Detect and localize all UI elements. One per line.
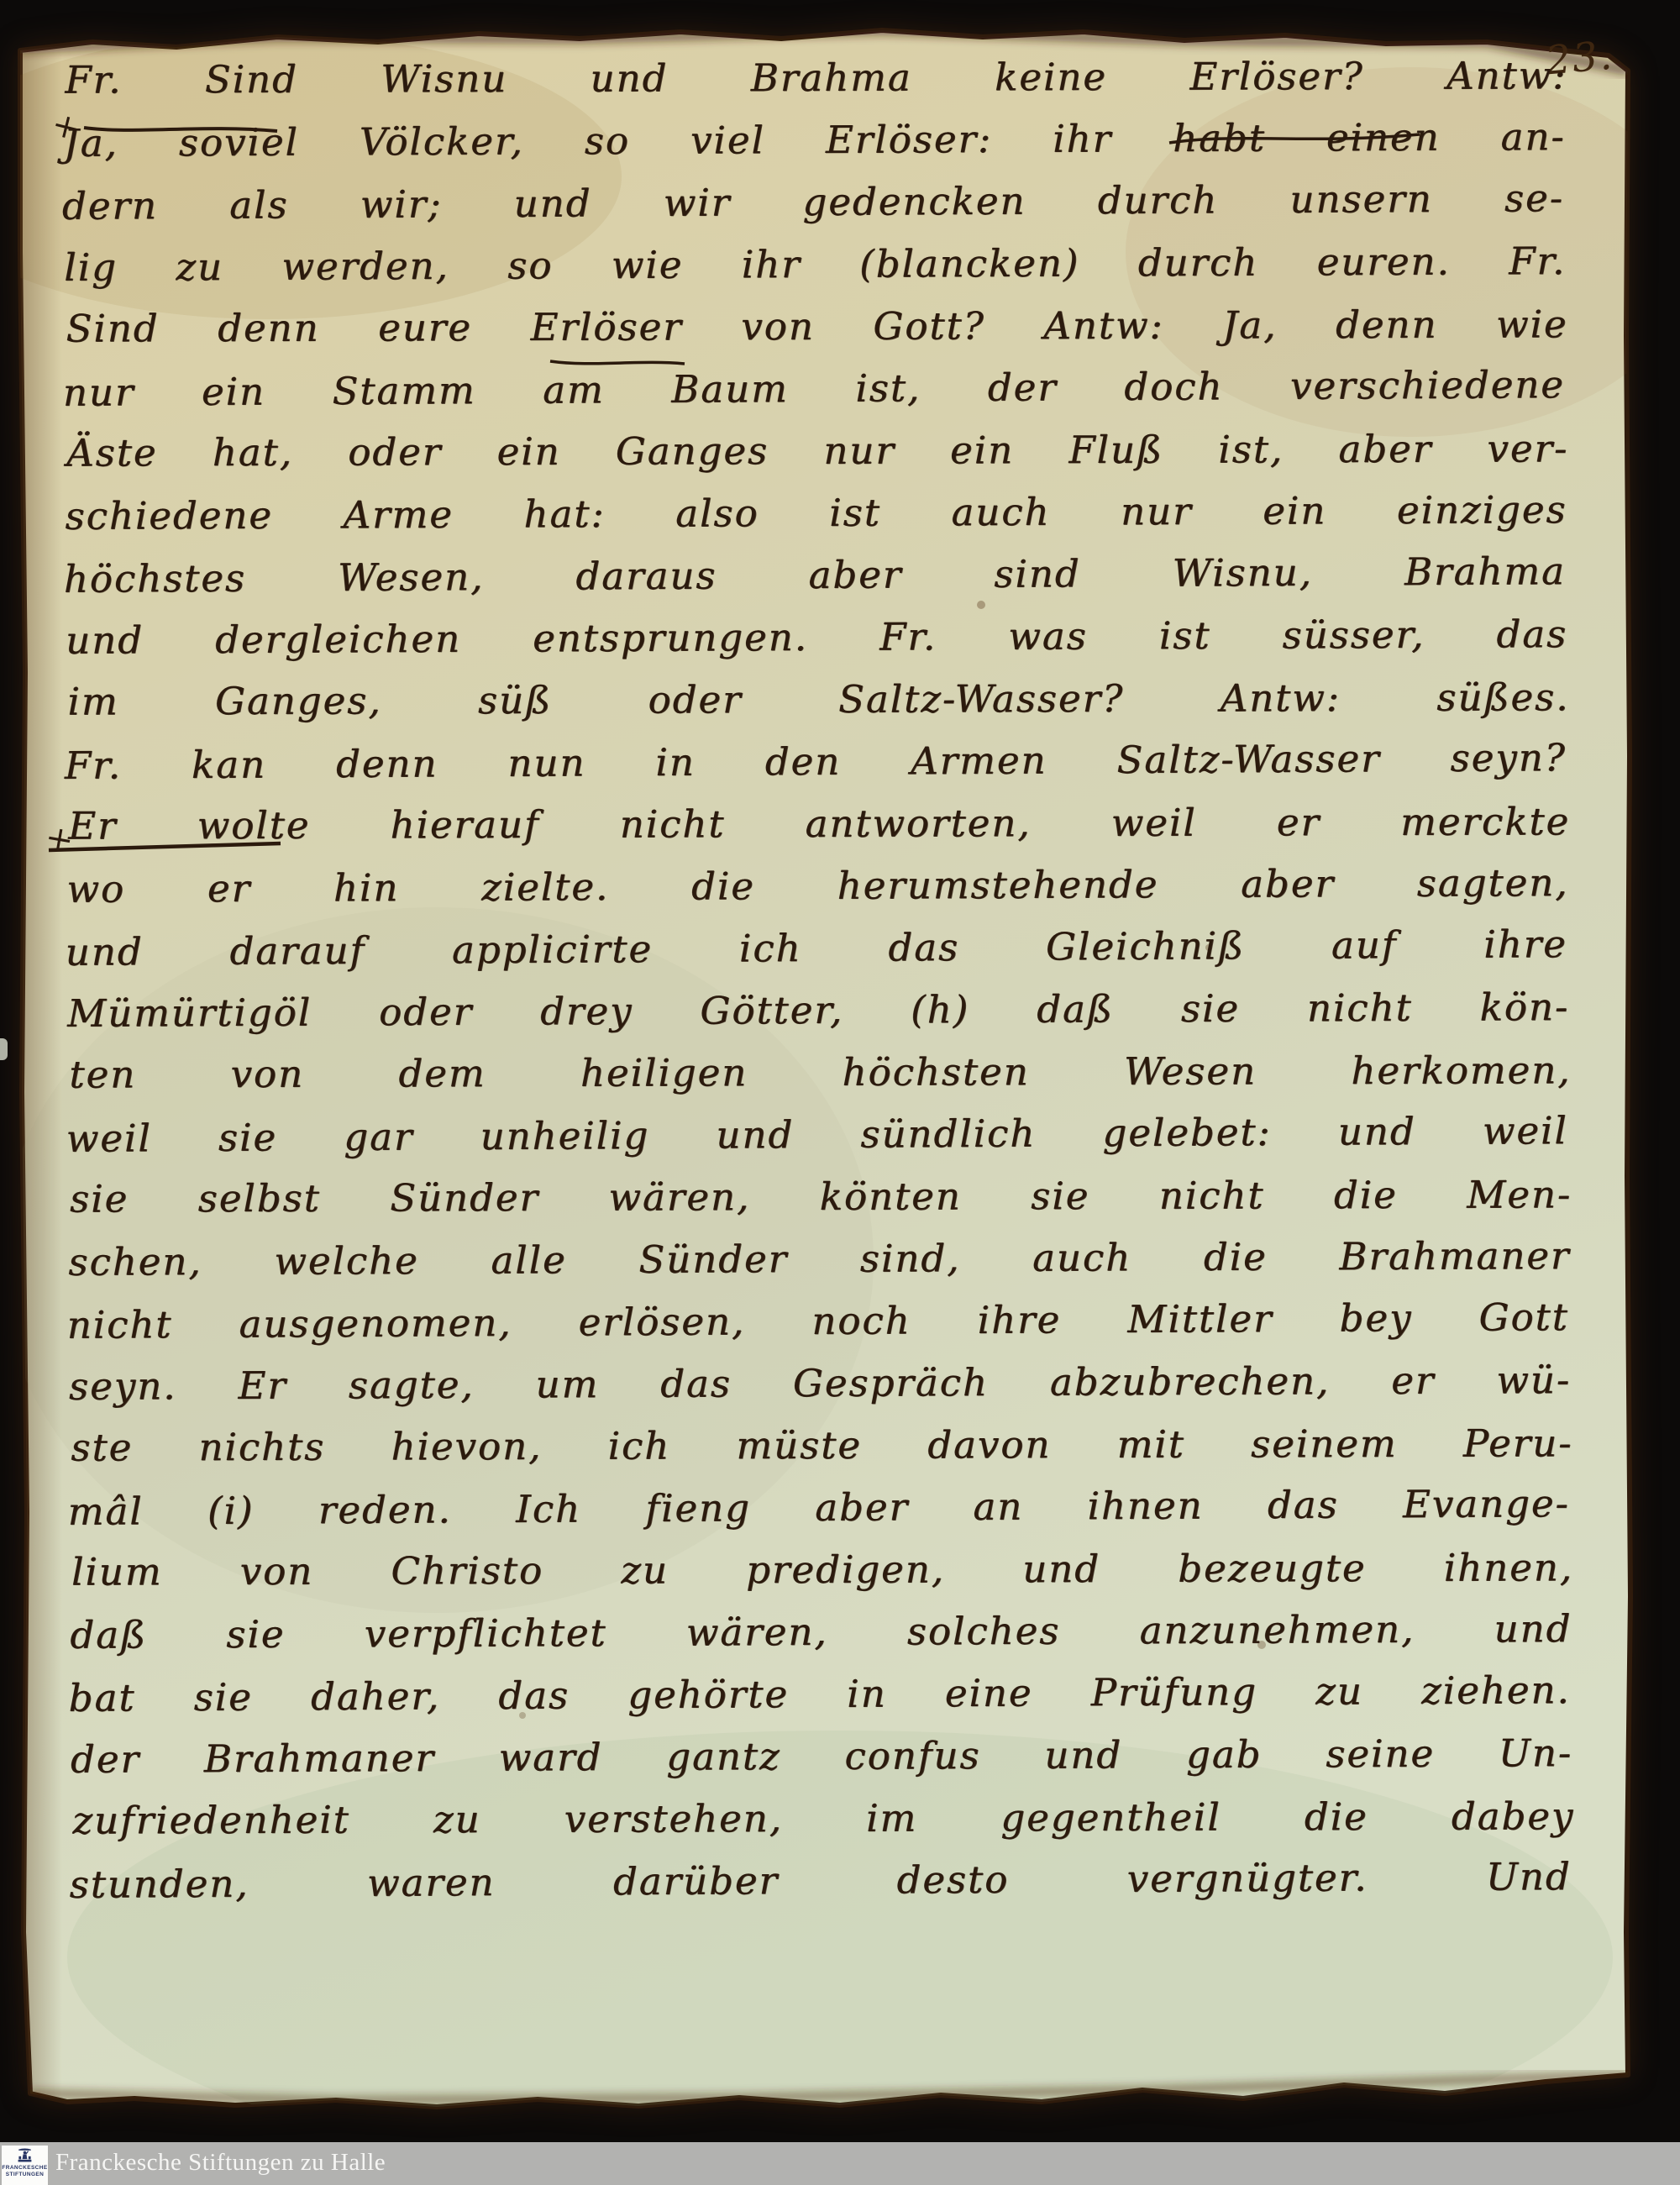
manuscript-line: und dergleichen entsprungen. Fr. was ist… — [66, 603, 1567, 672]
manuscript-line: schiedene Arme hat: also ist auch nur ei… — [65, 479, 1567, 548]
adjacent-page-sliver — [0, 1038, 8, 1060]
manuscript-line: Sind denn eure Erlöser von Gott? Antw: J… — [66, 293, 1568, 360]
manuscript-line: nicht ausgenomen, erlösen, noch ihre Mit… — [67, 1286, 1569, 1357]
francke-monument-icon — [16, 2147, 34, 2165]
manuscript-line: sie selbst Sünder wären, könten sie nich… — [70, 1163, 1572, 1230]
footer-bar: FRANCKESCHE STIFTUNGEN Franckesche Stift… — [0, 2142, 1680, 2185]
manuscript-line: und darauf applicirte ich das Gleichniß … — [66, 913, 1567, 984]
manuscript-line: Ja, soviel Völcker, so viel Erlöser: ihr… — [63, 106, 1565, 175]
manuscript-line: im Ganges, süß oder Saltz-Wasser? Antw: … — [67, 666, 1569, 733]
manuscript-line: lig zu werden, so wie ihr (blancken) dur… — [64, 230, 1566, 299]
manuscript-line: wo er hin zielte. die herumstehende aber… — [66, 852, 1568, 921]
manuscript-line: bat sie daher, das gehörte in eine Prüfu… — [69, 1659, 1571, 1730]
manuscript-line: mâl (i) reden. Ich fieng aber an ihnen d… — [68, 1473, 1570, 1543]
manuscript-line: ten von dem heiligen höchsten Wesen herk… — [69, 1039, 1571, 1106]
logo-text: STIFTUNGEN — [6, 2172, 45, 2178]
manuscript-line: schen, welche alle Sünder sind, auch die… — [68, 1225, 1570, 1294]
manuscript-line: stunden, waren darüber desto vergnügter.… — [69, 1846, 1571, 1916]
manuscript-line: Mümürtigöl oder drey Götter, (h) daß sie… — [67, 976, 1569, 1045]
manuscript-line: Fr. Sind Wisnu und Brahma keine Erlöser?… — [65, 45, 1567, 111]
manuscript-line: weil sie gar unheilig und sündlich geleb… — [66, 1100, 1568, 1170]
logo-text: FRANCKESCHE — [2, 2165, 47, 2172]
manuscript-text-block: Fr. Sind Wisnu und Brahma keine Erlöser?… — [63, 44, 1573, 1915]
manuscript-line: höchstes Wesen, daraus aber sind Wisnu, … — [64, 540, 1566, 611]
manuscript-line: Er wolte hierauf nicht antworten, weil e… — [68, 790, 1570, 857]
franckesche-stiftungen-logo: FRANCKESCHE STIFTUNGEN — [2, 2146, 48, 2185]
manuscript-line: der Brahmaner ward gantz confus und gab … — [71, 1722, 1572, 1791]
footer-title: Franckesche Stiftungen zu Halle — [55, 2149, 386, 2177]
manuscript-line: ste nichts hievon, ich müste davon mit s… — [71, 1412, 1572, 1479]
manuscript-line: dern als wir; und wir gedencken durch un… — [62, 167, 1564, 238]
manuscript-line: seyn. Er sagte, um das Gespräch abzubrec… — [69, 1349, 1571, 1418]
manuscript-line: lium von Christo zu predigen, und bezeug… — [71, 1536, 1573, 1603]
manuscript-line: nur ein Stamm am Baum ist, der doch vers… — [63, 354, 1565, 424]
manuscript-line: Fr. kan denn nun in den Armen Saltz-Wass… — [65, 727, 1567, 797]
manuscript-line: daß sie verpflichtet wären, solches anzu… — [70, 1598, 1572, 1667]
manuscript-line: Äste hat, oder ein Ganges nur ein Fluß i… — [66, 418, 1568, 484]
scan-background: 23. Fr. Sind Wisnu und Brahma keine Erlö… — [0, 0, 1680, 2185]
manuscript-line: zufriedenheit zu verstehen, im gegenthei… — [72, 1785, 1574, 1851]
